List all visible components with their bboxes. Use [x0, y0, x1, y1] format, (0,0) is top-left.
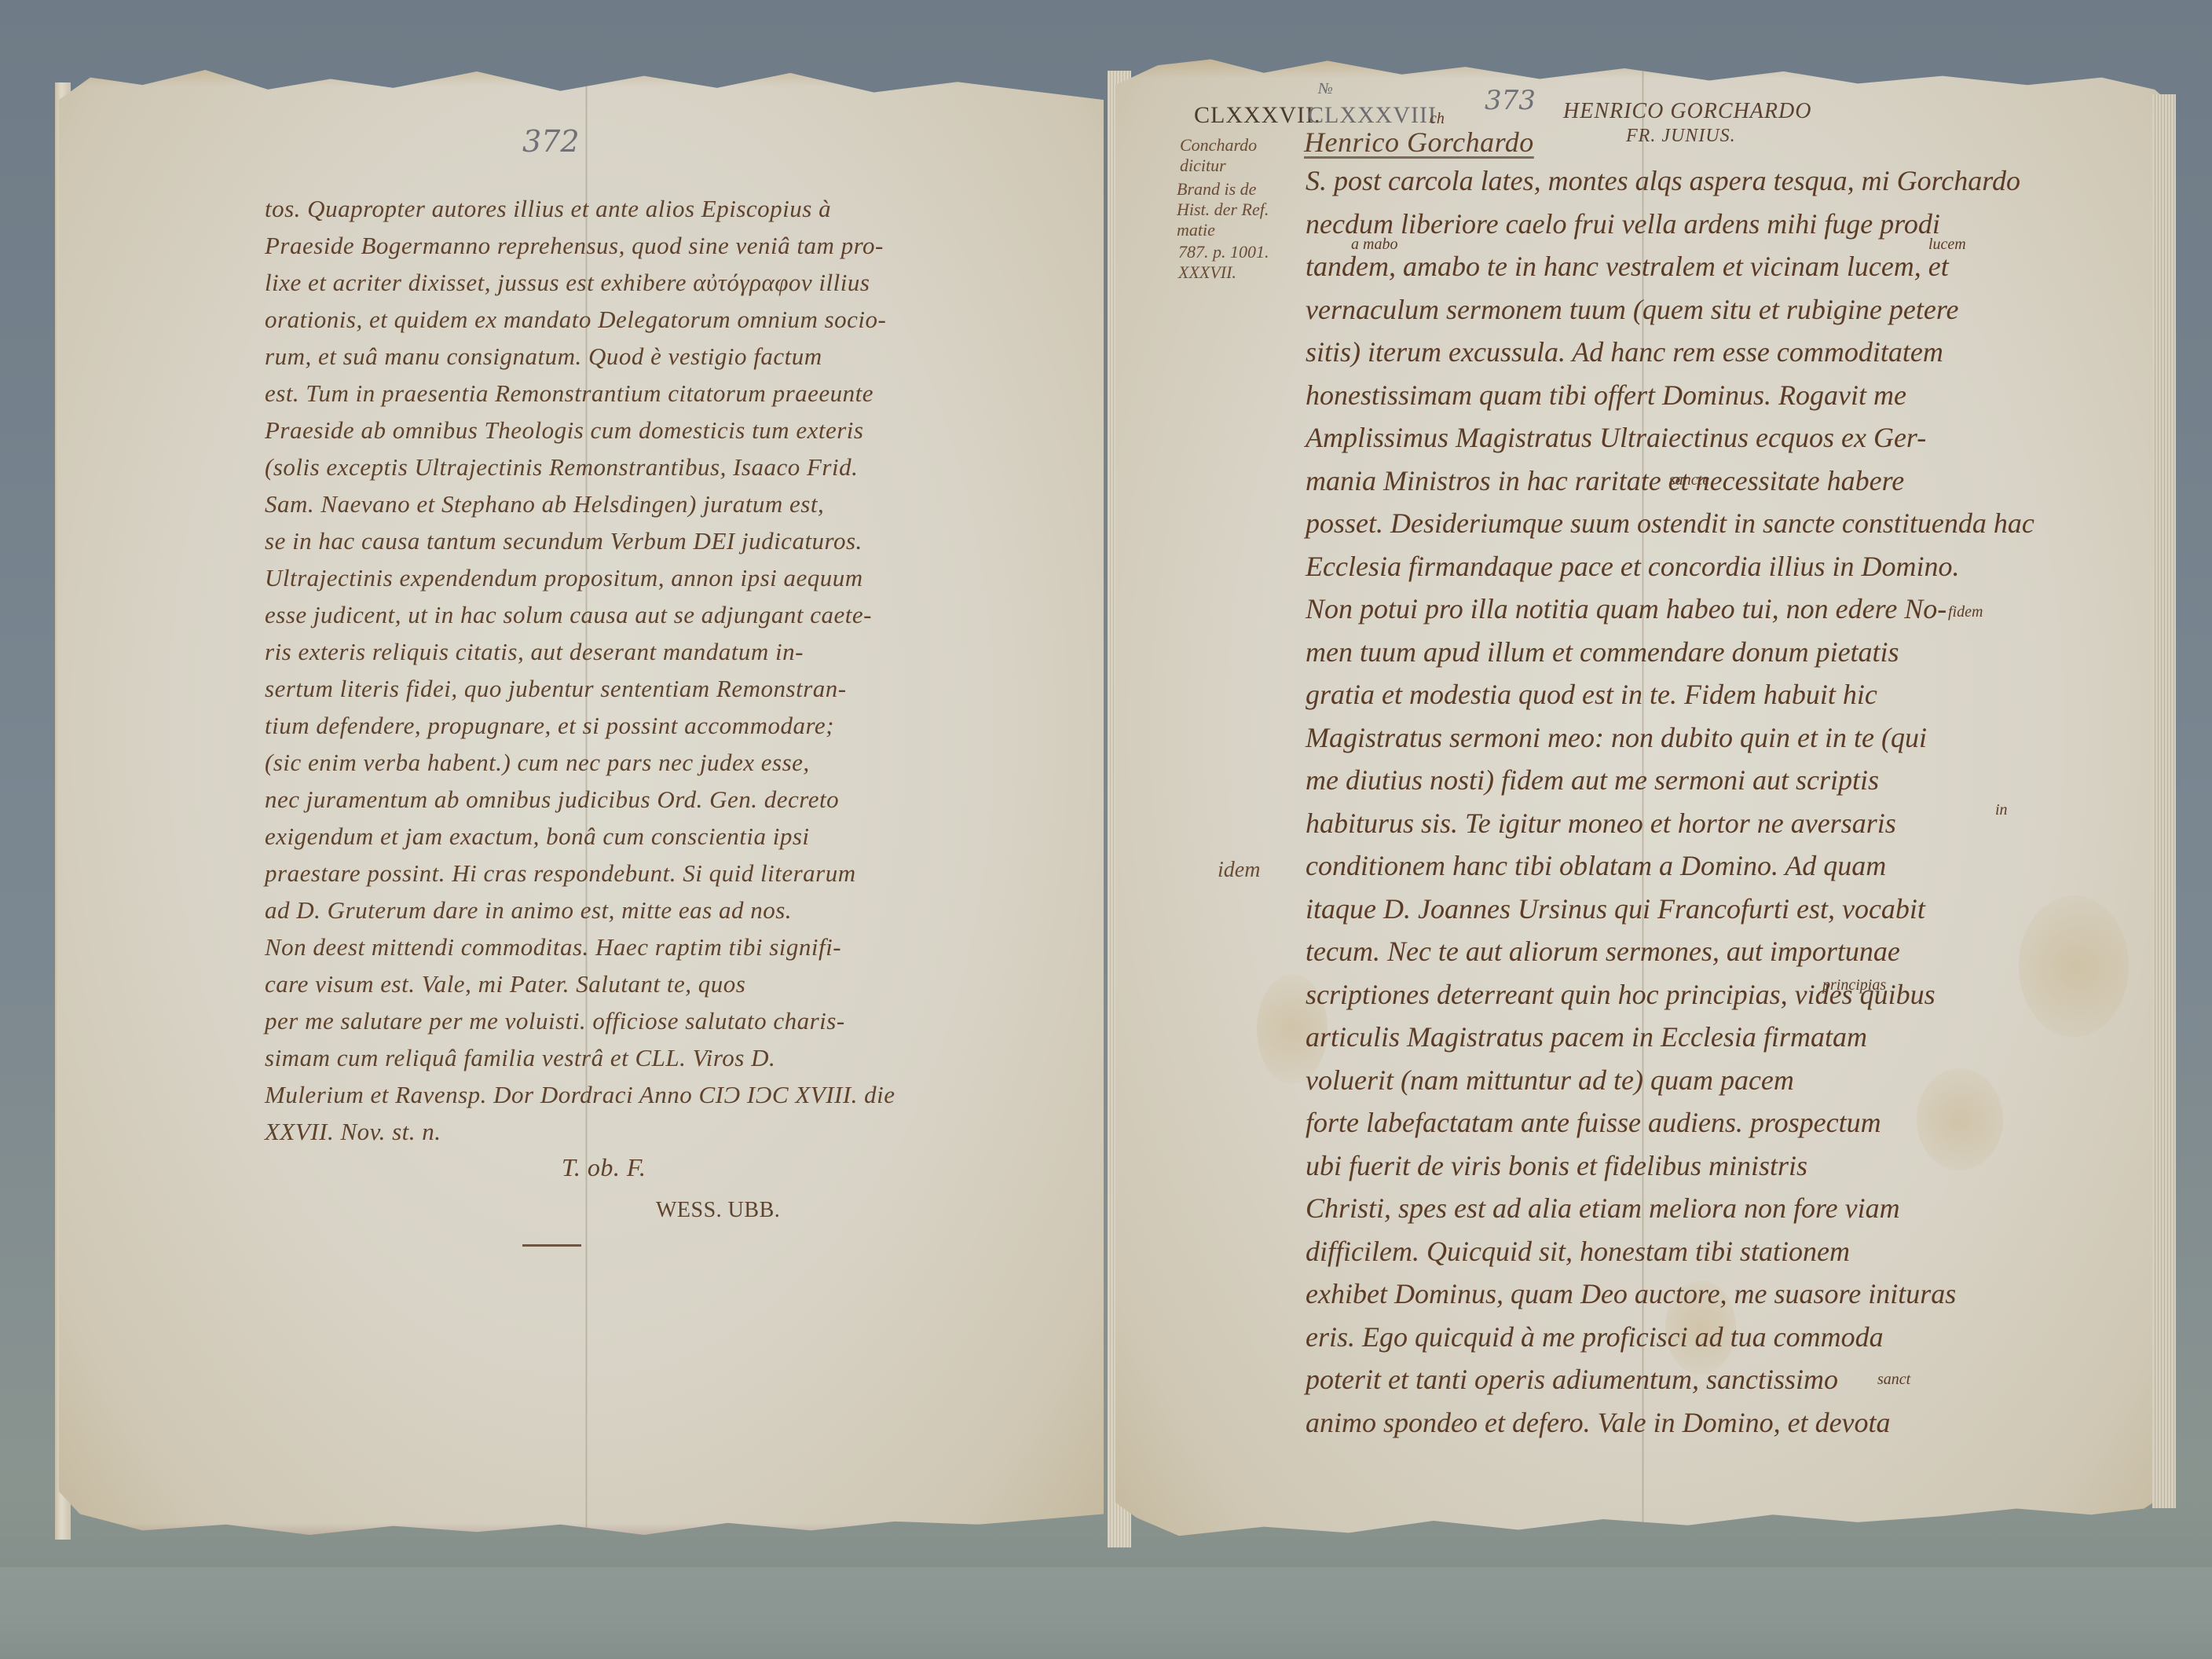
right-line: necdum liberiore caelo frui vella ardens…	[1306, 203, 2162, 246]
margin-note-idem: idem	[1218, 860, 1260, 881]
right-line: scriptiones deterreant quin hoc principi…	[1306, 973, 2162, 1016]
left-letter-body: tos. Quapropter autores illius et ante a…	[265, 190, 1090, 1150]
left-line: ad D. Gruterum dare in animo est, mitte …	[265, 892, 1090, 928]
left-line: Ultrajectinis expendendum propositum, an…	[265, 559, 1090, 596]
left-line: exigendum et jam exactum, bonâ cum consc…	[265, 818, 1090, 855]
margin-note-page-ref: 787. p. 1001. XXXVII.	[1178, 242, 1269, 283]
left-line: nec juramentum ab omnibus judicibus Ord.…	[265, 781, 1090, 818]
right-folio-number: 373	[1485, 85, 1536, 116]
letter-number-secondary: CLXXXVIII	[1308, 102, 1437, 129]
left-line: Mulerium et Ravensp. Dor Dordraci Anno C…	[265, 1076, 1090, 1113]
left-line: esse judicent, ut in hac solum causa aut…	[265, 596, 1090, 633]
right-line: articulis Magistratus pacem in Ecclesia …	[1306, 1016, 2162, 1059]
right-line: exhibet Dominus, quam Deo auctore, me su…	[1306, 1273, 2162, 1316]
left-line: orationis, et quidem ex mandato Delegato…	[265, 301, 1090, 338]
right-page: CLXXXVII. CLXXXVIII № 373 HENRICO GORCHA…	[1115, 47, 2176, 1563]
right-line: Magistratus sermoni meo: non dubito quin…	[1306, 716, 2162, 760]
right-page-fore-edge	[2152, 94, 2176, 1508]
right-line: habiturus sis. Te igitur moneo et hortor…	[1306, 802, 2162, 845]
right-line: Amplissimus Magistratus Ultraiectinus ec…	[1306, 416, 2162, 460]
left-line: tos. Quapropter autores illius et ante a…	[265, 190, 1090, 227]
margin-note-dicitur: Conchardo dicitur	[1180, 135, 1257, 176]
left-line: per me salutare per me voluisti. officio…	[265, 1002, 1090, 1039]
right-line: honestissimam quam tibi offert Dominus. …	[1306, 374, 2162, 417]
left-line: XXVII. Nov. st. n.	[265, 1113, 1090, 1150]
left-line: (solis exceptis Ultrajectinis Remonstran…	[265, 449, 1090, 485]
left-line: rum, et suâ manu consignatum. Quod è ves…	[265, 338, 1090, 375]
left-line: tium defendere, propugnare, et si possin…	[265, 707, 1090, 744]
right-page-bottom-wear	[1115, 1535, 2176, 1563]
left-line: Non deest mittendi commoditas. Haec rapt…	[265, 928, 1090, 965]
right-line: mania Ministros in hac raritate et neces…	[1306, 460, 2162, 503]
left-line: ris exteris reliquis citatis, aut desera…	[265, 633, 1090, 670]
right-line: sitis) iterum excussula. Ad hanc rem ess…	[1306, 331, 2162, 374]
margin-note-reference: Brand is de Hist. der Ref. matie	[1177, 179, 1269, 240]
left-line: Praeside Bogermanno reprehensus, quod si…	[265, 227, 1090, 264]
signature-initials: T. ob. F.	[562, 1153, 646, 1182]
left-folio-number: 372	[522, 124, 580, 159]
right-line: itaque D. Joannes Ursinus qui Francofurt…	[1306, 888, 2162, 931]
right-line: tecum. Nec te aut aliorum sermones, aut …	[1306, 930, 2162, 973]
left-line: Praeside ab omnibus Theologis cum domest…	[265, 412, 1090, 449]
right-line: Non potui pro illa notitia quam habeo tu…	[1306, 588, 2162, 631]
right-line: Ecclesia firmandaque pace et concordia i…	[1306, 545, 2162, 588]
left-line: sertum literis fidei, quo jubentur sente…	[265, 670, 1090, 707]
closing-rule	[522, 1244, 581, 1247]
right-line: me diutius nosti) fidem aut me sermoni a…	[1306, 759, 2162, 802]
left-line: care visum est. Vale, mi Pater. Salutant…	[265, 965, 1090, 1002]
left-line: est. Tum in praesentia Remonstrantium ci…	[265, 375, 1090, 412]
interlinear-note: ch	[1430, 110, 1445, 128]
right-line: difficilem. Quicquid sit, honestam tibi …	[1306, 1230, 2162, 1273]
left-page: 372 tos. Quapropter autores illius et an…	[59, 55, 1104, 1551]
left-line: praestare possint. Hi cras respondebunt.…	[265, 855, 1090, 892]
left-line: Sam. Naevano et Stephano ab Helsdingen) …	[265, 485, 1090, 522]
right-line: conditionem hanc tibi oblatam a Domino. …	[1306, 844, 2162, 888]
right-line: forte labefactatam ante fuisse audiens. …	[1306, 1101, 2162, 1144]
letter-heading-recipient: HENRICO GORCHARDO	[1563, 99, 1811, 124]
left-page-top-wear	[59, 55, 1104, 86]
left-line: se in hac causa tantum secundum Verbum D…	[265, 522, 1090, 559]
right-line: animo spondeo et defero. Vale in Domino,…	[1306, 1401, 2162, 1445]
right-line: posset. Desideriumque suum ostendit in s…	[1306, 502, 2162, 545]
right-line: S. post carcola lates, montes alqs asper…	[1306, 159, 2162, 203]
salutation: Henrico Gorchardo	[1304, 126, 1534, 159]
right-line: ubi fuerit de viris bonis et fidelibus m…	[1306, 1144, 2162, 1188]
right-line: Christi, spes est ad alia etiam meliora …	[1306, 1187, 2162, 1230]
left-line: simam cum reliquâ familia vestrâ et CLL.…	[265, 1039, 1090, 1076]
right-line: vernaculum sermonem tuum (quem situ et r…	[1306, 288, 2162, 331]
left-page-bottom-wear	[59, 1523, 1104, 1551]
signature-name: WESS. UBB.	[656, 1198, 780, 1223]
right-line: voluerit (nam mittuntur ad te) quam pace…	[1306, 1059, 2162, 1102]
right-line: poterit et tanti operis adiumentum, sanc…	[1306, 1358, 2162, 1401]
right-line: gratia et modestia quod est in te. Fidem…	[1306, 673, 2162, 716]
right-line: men tuum apud illum et commendare donum …	[1306, 631, 2162, 674]
number-superscript: №	[1318, 80, 1333, 98]
right-line: tandem, amabo te in hanc vestralem et vi…	[1306, 245, 2162, 288]
left-line: lixe et acriter dixisset, jussus est exh…	[265, 264, 1090, 301]
letter-heading-sender: FR. JUNIUS.	[1626, 126, 1736, 147]
letter-number-primary: CLXXXVII.	[1194, 102, 1320, 129]
right-line: eris. Ego quicquid à me proficisci ad tu…	[1306, 1316, 2162, 1359]
right-page-top-wear	[1115, 47, 2176, 79]
shelf-surface	[0, 1567, 2212, 1659]
right-letter-body: S. post carcola lates, montes alqs asper…	[1306, 159, 2162, 1444]
left-line: (sic enim verba habent.) cum nec pars ne…	[265, 744, 1090, 781]
